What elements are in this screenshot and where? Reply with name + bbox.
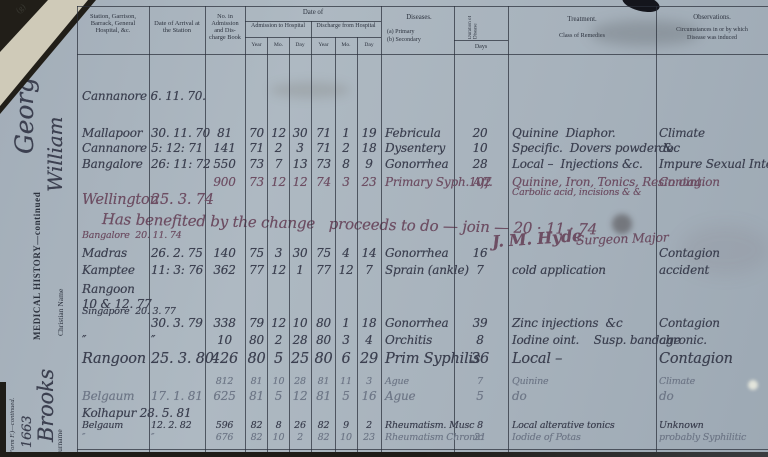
row-7-disease: Gonorrhea (385, 247, 455, 259)
row-13-ad: 28 (290, 334, 310, 346)
row-19-treat: Iodide of Potas (512, 433, 654, 443)
surname-value: Brooks (36, 346, 57, 442)
col-header-observations-sub1: Circumstances in or by which (658, 27, 766, 33)
row-18-dur: 8 (455, 421, 505, 431)
row-2-dur: 10 (455, 142, 505, 154)
row-7-no: 140 (206, 247, 243, 259)
grid-line-h (77, 449, 768, 450)
col-header-duration: Duration of Disease (468, 8, 479, 39)
grid-line-h (77, 54, 768, 55)
row-18-dm: 9 (336, 421, 356, 431)
row-15-dur: 7 (455, 377, 505, 387)
scanned-medical-history-page: Station, Garrison, Barrack, General Hosp… (0, 0, 768, 457)
col-header-station: Station, Garrison, Barrack, General Hosp… (80, 13, 146, 34)
row-13-ay: 80 (246, 334, 267, 346)
row-12-dy: 80 (312, 317, 335, 329)
row-0-station: Cannanore 6. 11. 70. (82, 90, 206, 102)
row-3-dd: 9 (357, 158, 381, 170)
row-19-dy: 82 (312, 433, 335, 443)
col-header-adm-day: Day (290, 42, 310, 48)
row-15-treat: Quinine (512, 377, 654, 387)
row-14-ad: 25 (290, 352, 310, 367)
row-17-station: Kolhapur 28. 5. 81 (82, 407, 191, 419)
record-number: 1663 (21, 392, 34, 448)
row-15-no: 812 (206, 377, 243, 387)
grid-line-h (77, 6, 768, 7)
row-12-ad: 10 (290, 317, 310, 329)
row-13-dm: 3 (336, 334, 356, 346)
row-1-ay: 70 (246, 127, 267, 139)
row-14-dy: 80 (312, 352, 335, 367)
row-12-dd: 18 (357, 317, 381, 329)
col-header-treatment-sub: Class of Remedies (510, 32, 654, 39)
row-8-dm: 12 (336, 264, 356, 276)
row-7-am: 3 (268, 247, 289, 259)
row-1-ad: 30 (290, 127, 310, 139)
row-15-dd: 3 (357, 377, 381, 387)
row-1-arrival: 30. 11. 70 (151, 127, 210, 139)
row-1-dd: 19 (357, 127, 381, 139)
row-16-ad: 12 (290, 390, 310, 402)
row-19-arrival: ″ (151, 433, 205, 443)
grid-line-v (311, 21, 312, 452)
grid-line-h (245, 21, 381, 22)
row-7-obs: Contagion (659, 247, 765, 259)
row-2-dm: 2 (336, 142, 356, 154)
row-14-dd: 29 (357, 352, 381, 367)
col-header-arrival: Date of Arrival at the Station (151, 20, 203, 34)
row-19-obs: probably Syphilitic (659, 433, 765, 443)
row-12-obs: Contagion (659, 317, 765, 329)
row-4-am: 12 (268, 176, 289, 188)
row-5-station: Wellington (82, 193, 159, 208)
row-7-ad: 30 (290, 247, 310, 259)
col-header-adm-mo: Mo. (268, 42, 289, 48)
row-13-dur: 8 (455, 334, 505, 346)
row-1-disease: Febricula (385, 127, 455, 139)
row-2-am: 2 (268, 142, 289, 154)
row-3-dy: 73 (312, 158, 335, 170)
row-2-obs: do (659, 142, 765, 154)
col-header-observations-sub2: Disease was induced (658, 35, 766, 41)
row-7-arrival: 26. 2. 75 (151, 247, 205, 259)
row-15-obs: Climate (659, 377, 765, 387)
row-18-ay: 82 (246, 421, 267, 431)
row-13-arrival: ″ (151, 334, 205, 346)
row-16-dd: 16 (357, 390, 381, 402)
row-1-obs: Climate (659, 127, 765, 139)
row-13-dd: 4 (357, 334, 381, 346)
row-2-no: 141 (206, 142, 243, 154)
row-7-dm: 4 (336, 247, 356, 259)
row-18-treat: Local alterative tonics (512, 421, 654, 431)
smudge-stain (270, 82, 350, 98)
surgeon-title: Surgeon Major (576, 231, 669, 247)
row-2-treat: Specific. Dovers powder &c (512, 142, 680, 154)
col-header-date-of: Date of (245, 9, 381, 16)
row-4-obs: Contagion (659, 176, 765, 188)
row-12-dm: 1 (336, 317, 356, 329)
row-7-ay: 75 (246, 247, 267, 259)
row-18-ad: 26 (290, 421, 310, 431)
row-2-arrival: 5: 12: 71 (151, 142, 205, 154)
row-4-dy: 74 (312, 176, 335, 188)
row-8-dy: 77 (312, 264, 335, 276)
row-3-dur: 28 (455, 158, 505, 170)
row-3-disease: Gonorrhea (385, 158, 455, 170)
row-19-no: 676 (206, 433, 243, 443)
row-2-dd: 18 (357, 142, 381, 154)
row-8-obs: accident (659, 264, 765, 276)
row-3-no: 550 (206, 158, 243, 170)
row-16-disease: Ague (385, 390, 455, 402)
row-4-ad: 12 (290, 176, 310, 188)
row-2-ay: 71 (246, 142, 267, 154)
row-19-dm: 10 (336, 433, 356, 443)
grid-line-h (245, 37, 381, 38)
row-4-ay: 73 (246, 176, 267, 188)
row-19-dd: 23 (357, 433, 381, 443)
row-16-station: Belgaum (82, 390, 152, 402)
row-18-am: 8 (268, 421, 289, 431)
row-13-station: ″ (82, 334, 152, 346)
row-8-dd: 7 (357, 264, 381, 276)
row-1-am: 12 (268, 127, 289, 139)
row-16-arrival: 17. 1. 81 (151, 390, 205, 402)
row-1-dy: 71 (312, 127, 335, 139)
row-2-dy: 71 (312, 142, 335, 154)
row-15-disease: Ague (385, 377, 455, 387)
row-1-treat: Quinine Diaphor. (512, 127, 654, 139)
col-header-diseases-a: (a) Primary (387, 29, 453, 35)
row-7-dy: 75 (312, 247, 335, 259)
col-header-admission: Admission to Hospital (246, 23, 310, 29)
col-header-dis-year: Year (312, 42, 335, 48)
row-14-obs: Contagion (659, 352, 765, 367)
row-3-ay: 73 (246, 158, 267, 170)
row-2-disease: Dysentery (385, 142, 455, 154)
row-14-treat: Local – (512, 352, 654, 367)
grid-line-h (454, 40, 508, 41)
row-3-obs: Impure Sexual Intercourse (659, 158, 768, 170)
row-3-am: 7 (268, 158, 289, 170)
row-19-station: ″ (82, 433, 152, 443)
row-8-treat: cold application (512, 264, 654, 276)
row-19-am: 10 (268, 433, 289, 443)
col-header-number: No. in Admission and Dis-charge Book (207, 13, 243, 41)
col-header-diseases-b: (b) Secondary (387, 37, 453, 43)
grid-line-v (656, 6, 657, 452)
row-2-ad: 3 (290, 142, 310, 154)
col-header-duration-unit: Days (455, 44, 507, 50)
row-16-ay: 81 (246, 390, 267, 402)
row-13-obs: chronic. (659, 334, 765, 346)
row-14-station: Rangoon (82, 352, 152, 367)
row-16-dur: 5 (455, 390, 505, 402)
row-8-am: 12 (268, 264, 289, 276)
row-18-dd: 2 (357, 421, 381, 431)
grid-line-v (149, 6, 150, 452)
col-header-dis-mo: Mo. (336, 42, 356, 48)
row-5-arrival: 25. 3. 74 (151, 193, 214, 208)
row-12-arrival: 30. 3. 79 (151, 317, 205, 329)
row-1-dm: 1 (336, 127, 356, 139)
row-7-dd: 14 (357, 247, 381, 259)
row-14-dm: 6 (336, 352, 356, 367)
row-14-dur: 36 (455, 352, 505, 367)
row-13-no: 10 (206, 334, 243, 346)
col-header-adm-year: Year (246, 42, 267, 48)
row-18-obs: Unknown (659, 421, 765, 431)
row-3-arrival: 26: 11: 72 (151, 158, 211, 170)
row-19-ad: 2 (290, 433, 310, 443)
row-9-station: Rangoon (82, 283, 152, 295)
row-19-ay: 82 (246, 433, 267, 443)
row-12-dur: 39 (455, 317, 505, 329)
row-19-dur: 21 (455, 433, 505, 443)
form-label: (Form F.)—continued. (9, 378, 16, 456)
row-16-dm: 5 (336, 390, 356, 402)
row-8-ay: 77 (246, 264, 267, 276)
row-18-station: Belgaum (82, 421, 152, 431)
row-3-station: Bangalore (82, 158, 152, 170)
col-header-dis-day: Day (357, 42, 381, 48)
row-4-dd: 23 (357, 176, 381, 188)
row-15-dy: 81 (312, 377, 335, 387)
row-3-dm: 8 (336, 158, 356, 170)
row-13-dy: 80 (312, 334, 335, 346)
row-14-arrival: 25. 3. 80 (151, 352, 214, 367)
row-15-ad: 28 (290, 377, 310, 387)
row-12-treat: Zinc injections &c (512, 317, 654, 329)
row-4-treat2: Carbolic acid, incisions & & (512, 188, 654, 198)
row-16-obs: do (659, 390, 765, 402)
row-2-station: Cannanore (82, 142, 152, 154)
col-header-treatment: Treatment. (510, 16, 654, 23)
row-13-am: 2 (268, 334, 289, 346)
row-4-no: 900 (206, 176, 243, 188)
row-7-station: Madras (82, 247, 152, 259)
row-14-am: 5 (268, 352, 289, 367)
row-8-station: Kamptee (82, 264, 152, 276)
row-16-am: 5 (268, 390, 289, 402)
row-15-dm: 11 (336, 377, 356, 387)
row-15-ay: 81 (246, 377, 267, 387)
row-1-dur: 20 (455, 127, 505, 139)
row-6-station: Bangalore 20. 11. 74 (82, 231, 182, 241)
grid-line-v (508, 6, 509, 452)
row-1-station: Mallapoor (82, 127, 152, 139)
row-14-no: 426 (206, 352, 243, 367)
christian-name-second: William (45, 74, 65, 192)
row-4-dur: 102 (455, 176, 505, 188)
row-16-dy: 81 (312, 390, 335, 402)
row-18-dy: 82 (312, 421, 335, 431)
row-15-am: 10 (268, 377, 289, 387)
row-4-dm: 3 (336, 176, 356, 188)
row-3-ad: 13 (290, 158, 310, 170)
row-16-no: 625 (206, 390, 243, 402)
row-12-am: 12 (268, 317, 289, 329)
row-12-ay: 79 (246, 317, 267, 329)
row-18-arrival: 12. 2. 82 (151, 421, 205, 431)
row-12-disease: Gonorrhea (385, 317, 455, 329)
row-3-treat: Local – Injections &c. (512, 158, 654, 170)
row-14-ay: 80 (246, 352, 267, 367)
grid-line-v (77, 6, 78, 452)
col-header-discharge: Discharge from Hospital (312, 23, 380, 29)
christian-name-label: Christian Name (57, 218, 66, 336)
col-header-diseases: Diseases. (384, 14, 454, 21)
row-18-no: 596 (206, 421, 243, 431)
scan-edge-left (0, 382, 6, 457)
row-12-no: 338 (206, 317, 243, 329)
row-13-disease: Orchitis (385, 334, 455, 346)
scan-edge-bottom (0, 452, 768, 457)
grid-line-v (381, 6, 382, 452)
col-header-observations: Observations. (658, 14, 766, 21)
row-7-dur: 16 (455, 247, 505, 259)
row-8-dur: 7 (455, 264, 505, 276)
row-8-arrival: 11: 3: 76 (151, 264, 205, 276)
row-13-treat: Iodine oint. Susp. bandage (512, 334, 681, 346)
row-1-no: 81 (206, 127, 243, 139)
row-8-no: 362 (206, 264, 243, 276)
row-8-ad: 1 (290, 264, 310, 276)
surgeon-signature: J. M. Hyde (492, 228, 583, 250)
row-16-treat: do (512, 390, 654, 402)
